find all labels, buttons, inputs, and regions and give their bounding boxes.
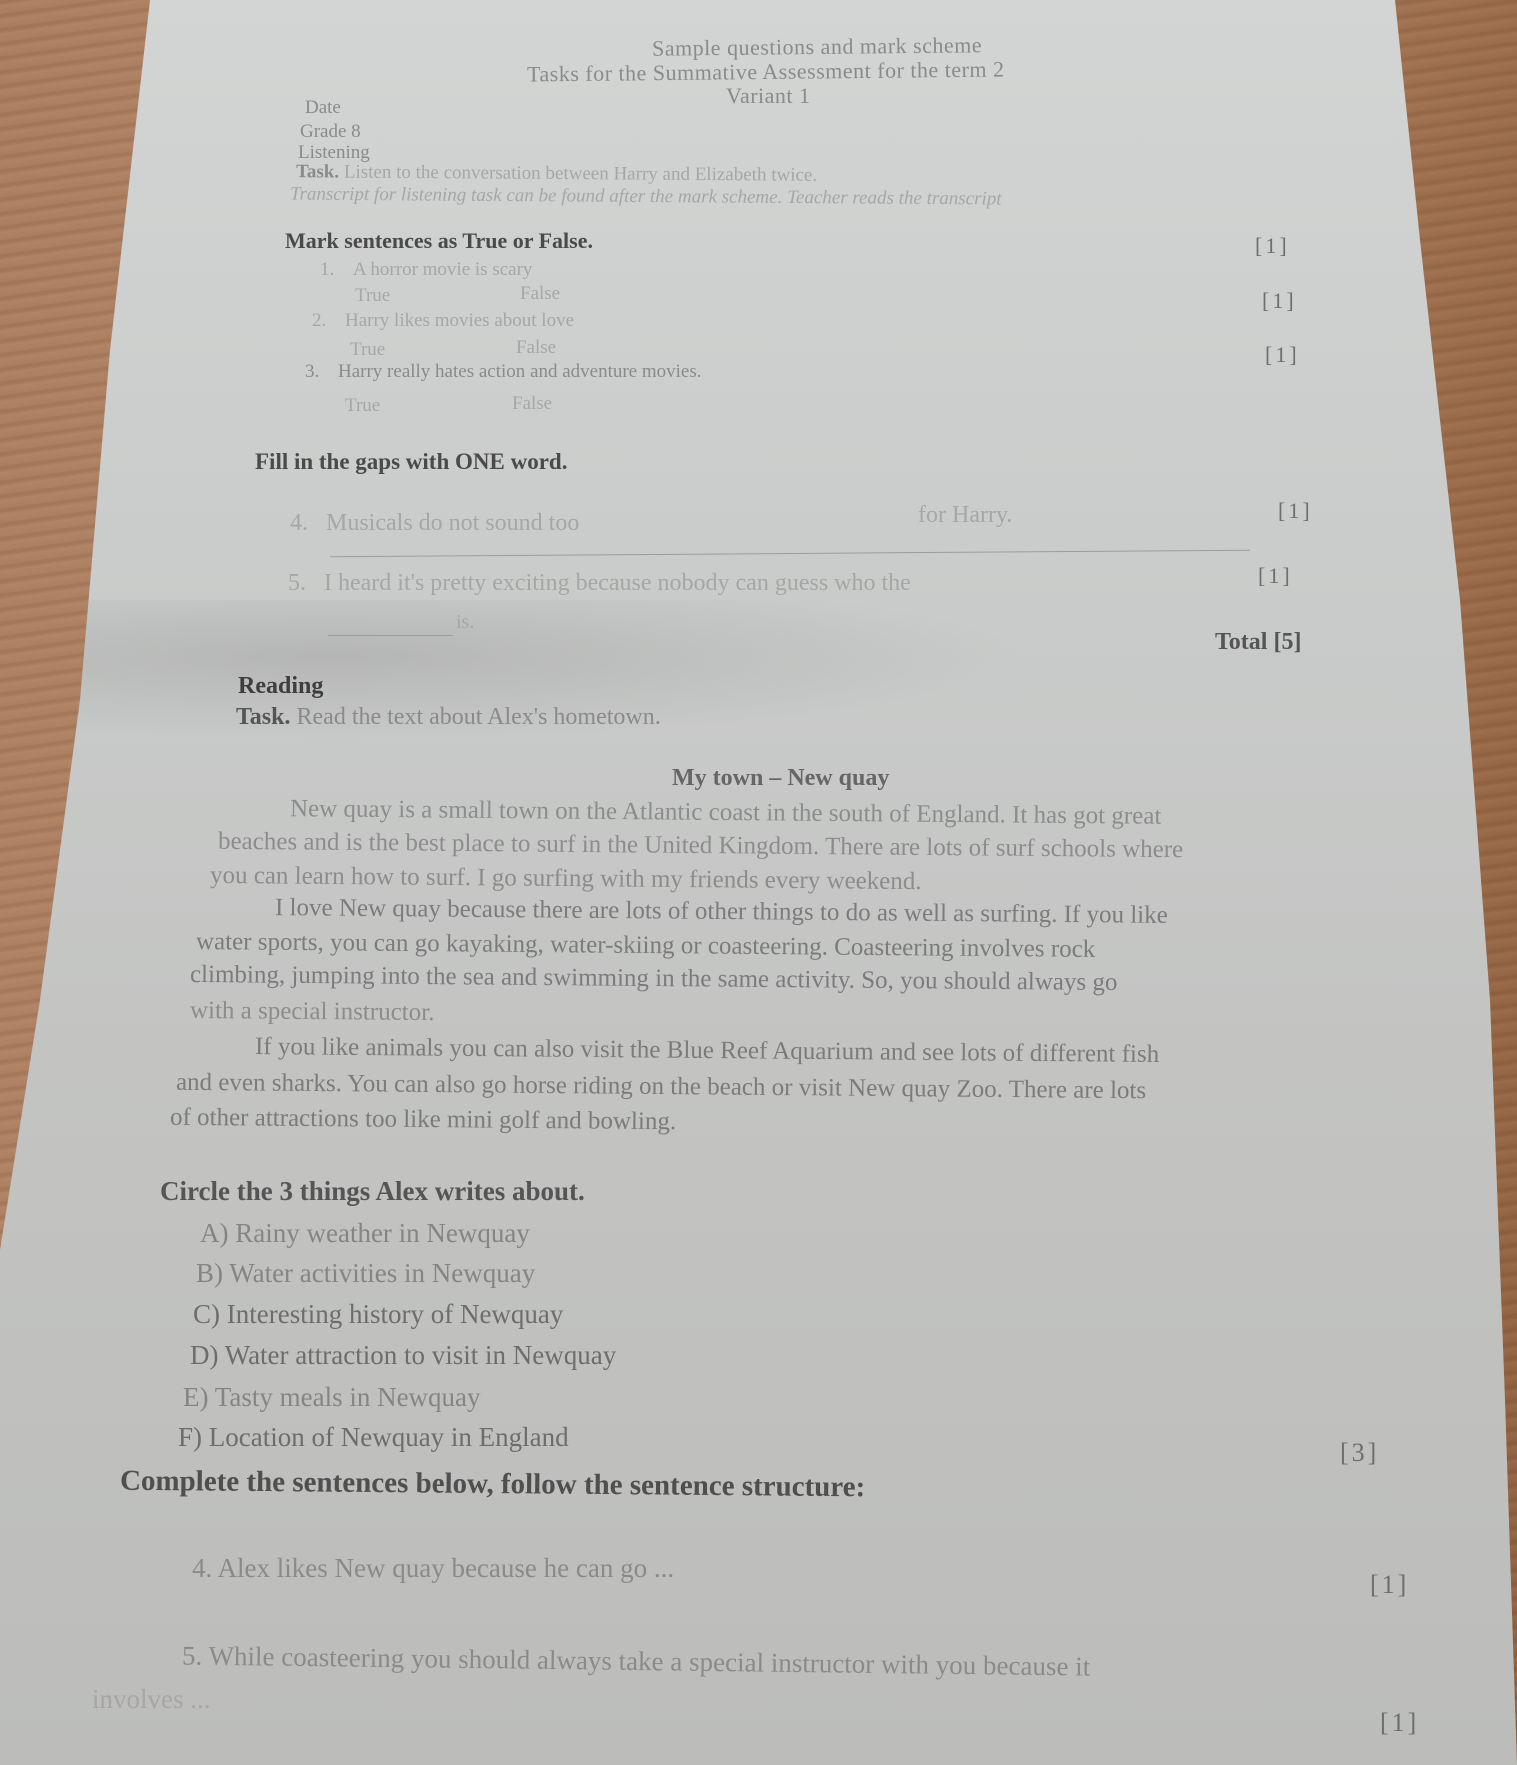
doc-title-line1: Sample questions and mark scheme [652, 34, 982, 59]
item-text-before: Musicals do not sound too [326, 510, 579, 536]
passage-line: with a special instructor. [190, 998, 435, 1025]
item-text: Harry likes movies about love [345, 310, 574, 331]
doc-title-variant: Variant 1 [726, 85, 811, 107]
task-prefix: Task. [296, 161, 339, 182]
mark-q5: [1] [1258, 565, 1293, 587]
mark-complete-4: [1] [1370, 1572, 1409, 1598]
gap-item-4: 4. Musicals do not sound too [290, 511, 579, 535]
gap-item-5-after: is. [456, 612, 474, 632]
gap-item-5: 5. I heard it's pretty exciting because … [288, 571, 911, 595]
tf-3-true-option[interactable]: True [345, 396, 380, 415]
task-prefix: Task. [236, 704, 291, 730]
item-text: Harry really hates action and adventure … [338, 361, 702, 382]
tf-3-false-option[interactable]: False [512, 394, 552, 413]
mark-q1: [1] [1255, 235, 1290, 257]
item-number: 1. [320, 259, 334, 280]
complete-heading: Complete the sentences below, follow the… [120, 1467, 865, 1503]
complete-item-5-continuation: involves ... [92, 1686, 211, 1713]
complete-item-4: 4. Alex likes New quay because he can go… [192, 1555, 674, 1582]
tf-item-2: 2. Harry likes movies about love [312, 311, 574, 330]
reading-text-title: My town – New quay [672, 766, 889, 790]
section-label-listening: Listening [298, 143, 370, 162]
tf-item-1: 1. A horror movie is scary [320, 260, 532, 279]
section-label-reading: Reading [238, 674, 323, 698]
task-text: Read the text about Alex's hometown. [297, 704, 661, 730]
date-label: Date [305, 98, 341, 117]
passage-line: you can learn how to surf. I go surfing … [210, 863, 922, 894]
circle-option-c[interactable]: C) Interesting history of Newquay [193, 1301, 563, 1328]
item-text-before: I heard it's pretty exciting because nob… [324, 570, 911, 596]
gap-fill-heading: Fill in the gaps with ONE word. [255, 450, 567, 473]
gap-item-4-after: for Harry. [918, 503, 1012, 527]
listening-task: Task. Listen to the conversation between… [296, 162, 817, 185]
gap-answer-line-5[interactable] [328, 635, 453, 636]
mark-q4: [1] [1278, 500, 1313, 522]
item-text: A horror movie is scary [353, 259, 532, 280]
circle-option-e[interactable]: E) Tasty meals in Newquay [183, 1384, 481, 1411]
listening-total: Total [5] [1215, 630, 1301, 654]
item-number: 2. [312, 310, 326, 331]
circle-option-f[interactable]: F) Location of Newquay in England [178, 1424, 569, 1451]
task-text: Listen to the conversation between Harry… [344, 162, 817, 186]
tf-2-false-option[interactable]: False [516, 338, 556, 357]
true-false-heading: Mark sentences as True or False. [285, 230, 593, 252]
tf-2-true-option[interactable]: True [350, 340, 385, 359]
mark-q2: [1] [1262, 290, 1297, 312]
grade-label: Grade 8 [300, 122, 361, 141]
transcript-note: Transcript for listening task can be fou… [290, 185, 1002, 209]
item-number: 4. [290, 510, 308, 536]
mark-circle: [3] [1340, 1440, 1379, 1466]
tf-1-true-option[interactable]: True [355, 286, 390, 305]
circle-option-b[interactable]: B) Water activities in Newquay [196, 1260, 535, 1287]
mark-complete-5: [1] [1380, 1710, 1419, 1736]
reading-task: Task. Read the text about Alex's hometow… [236, 705, 661, 729]
item-number: 3. [305, 361, 319, 382]
mark-q3: [1] [1265, 344, 1300, 366]
circle-heading: Circle the 3 things Alex writes about. [160, 1178, 585, 1205]
circle-option-d[interactable]: D) Water attraction to visit in Newquay [190, 1342, 616, 1369]
circle-option-a[interactable]: A) Rainy weather in Newquay [200, 1220, 530, 1247]
tf-item-3: 3. Harry really hates action and adventu… [305, 362, 702, 381]
doc-title-line2: Tasks for the Summative Assessment for t… [527, 59, 1005, 86]
passage-line: of other attractions too like mini golf … [170, 1105, 676, 1134]
item-number: 5. [288, 570, 306, 596]
tf-1-false-option[interactable]: False [520, 284, 560, 303]
